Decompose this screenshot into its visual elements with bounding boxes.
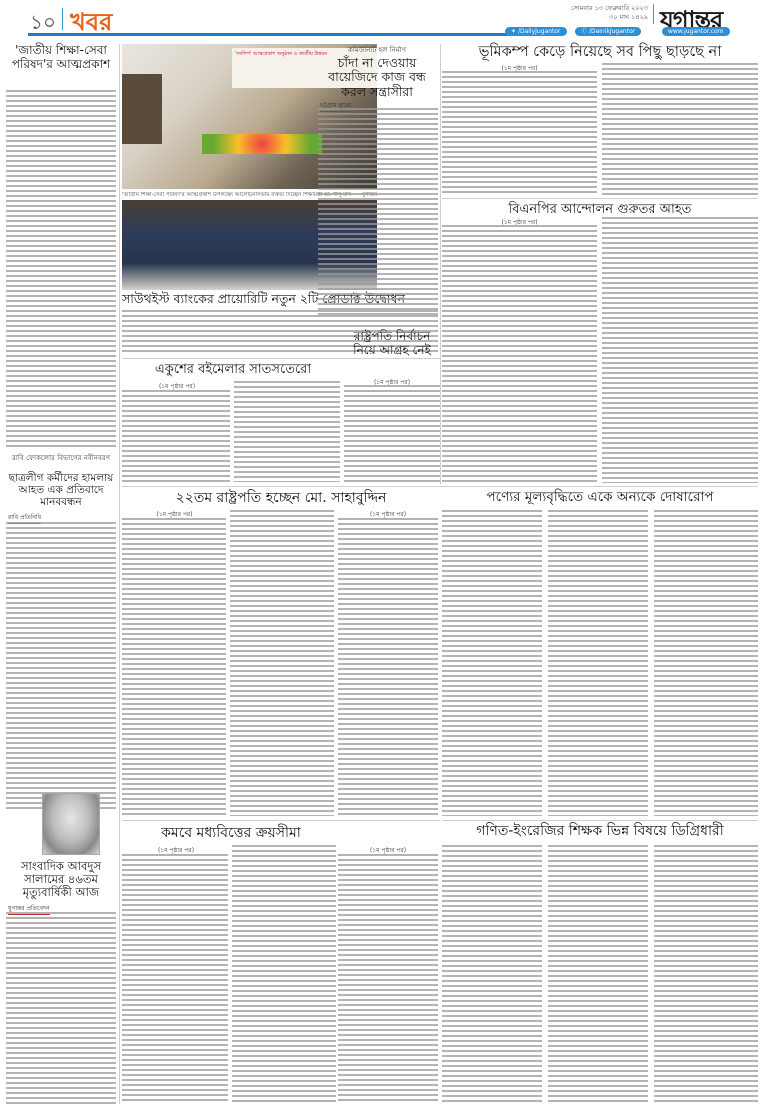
article-body-boimela-col2 (234, 381, 340, 482)
article-body-rabi (6, 522, 116, 812)
article-headline-middle-class: কমবে মধ্যবিত্তের ক্রয়সীমা (122, 825, 340, 841)
date-divider (653, 4, 654, 24)
article-body-shiksha-seba (6, 90, 116, 448)
article-body-price-col2 (442, 510, 542, 816)
column-divider (440, 44, 441, 484)
article-headline-bnp: বিএনপির আন্দোলন গুরুতর আহত (442, 203, 758, 218)
article-headline-shiksha-seba: 'জাতীয় শিক্ষা-সেবা পরিষদ'র আত্মপ্রকাশ (6, 44, 116, 72)
page-header: ১০ খবর সোমবার ১৩ ফেব্রুয়ারি ২০২৩ ৩০ মাঘ… (0, 0, 762, 40)
section-divider (122, 358, 440, 359)
article-body-math-english-col4 (654, 845, 758, 1104)
article-body-price-col3 (548, 510, 648, 816)
article-headline-community-hall: চাঁদা না দেওয়ায় বায়েজিদে কাজ বন্ধ করল… (316, 56, 438, 99)
flower-arrangement (202, 134, 322, 154)
twitter-link[interactable]: ✦ /DailyJugantor (505, 27, 567, 36)
article-headline-shahabuddin: ২২তম রাষ্ট্রপতি হচ্ছেন মো. সাহাবুদ্দিন (122, 490, 440, 506)
article-body-earthquake-col1 (442, 71, 597, 195)
article-body-math-english-col3 (548, 845, 648, 1104)
section-divider (122, 820, 440, 821)
article-headline-math-english: গণিত-ইংরেজির শিক্ষক ভিন্ন বিষয়ে ডিগ্রিধ… (442, 823, 758, 839)
article-body-abdus-salam (6, 912, 116, 1106)
article-body-math-english-col1 (338, 854, 438, 1104)
website-link[interactable]: www.jugantor.com (662, 27, 730, 36)
article-body-community-hall (318, 108, 438, 318)
article-headline-price-blame: পণ্যের মূল্যবৃদ্ধিতে একে অন্যকে দোষারোপ (442, 490, 758, 506)
article-body-shahabuddin-col1 (122, 518, 226, 816)
article-kicker-rabi: রাবি ফোকলোর বিভাগের নবীনবরণ (6, 452, 116, 464)
article-headline-abdus-salam: সাংবাদিক আবদুস সালামের ৪৬তম মৃত্যুবার্ষি… (6, 860, 116, 900)
date-bengali: ৩০ মাঘ ১৪২৯ (548, 13, 648, 22)
article-body-middle-class-col2 (232, 845, 336, 1104)
article-headline-earthquake: ভূমিকম্প কেড়ে নিয়েছে সব পিছু ছাড়ছে না (442, 44, 758, 61)
article-body-earthquake-col2 (602, 63, 758, 195)
header-rule (28, 33, 548, 36)
date-gregorian: সোমবার ১৩ ফেব্রুয়ারি ২০২৩ (548, 4, 648, 13)
newspaper-logo: যুগান্তর (660, 2, 722, 42)
section-divider (122, 486, 758, 487)
article-body-middle-class-col1 (122, 854, 228, 1104)
article-body-president-election (344, 385, 440, 483)
section-divider (442, 198, 758, 199)
podium (122, 74, 162, 144)
section-title: খবর (70, 4, 112, 44)
article-body-price-col1 (338, 518, 438, 816)
article-body-bnp-col1 (442, 225, 597, 483)
article-headline-boimela: একুশের বইমেলার সাতসতেরো (122, 363, 344, 378)
twitter-icon: ✦ (511, 28, 518, 35)
article-body-math-english-col2 (442, 845, 542, 1104)
article-body-price-col4 (654, 510, 758, 816)
portrait-abdus-salam (42, 793, 100, 855)
facebook-icon: ⓕ (581, 28, 589, 35)
article-headline-president-election: রাষ্ট্রপতি নির্বাচন নিয়ে আগ্রহ নেই (344, 330, 440, 358)
date-block: সোমবার ১৩ ফেব্রুয়ারি ২০২৩ ৩০ মাঘ ১৪২৯ (548, 4, 648, 22)
page-number-divider (62, 8, 63, 30)
section-divider (442, 820, 758, 821)
article-headline-rabi: ছাত্রলীগ কর্মীদের হামলায় আহত এক প্রতিবা… (6, 472, 116, 508)
article-body-boimela-col1 (122, 390, 230, 482)
page-number: ১০ (30, 8, 56, 41)
article-body-bnp-col2 (602, 217, 758, 483)
facebook-link[interactable]: ⓕ /DainikJugantor (575, 27, 641, 36)
column-divider (119, 44, 120, 1104)
article-body-shahabuddin-col2 (230, 510, 334, 816)
